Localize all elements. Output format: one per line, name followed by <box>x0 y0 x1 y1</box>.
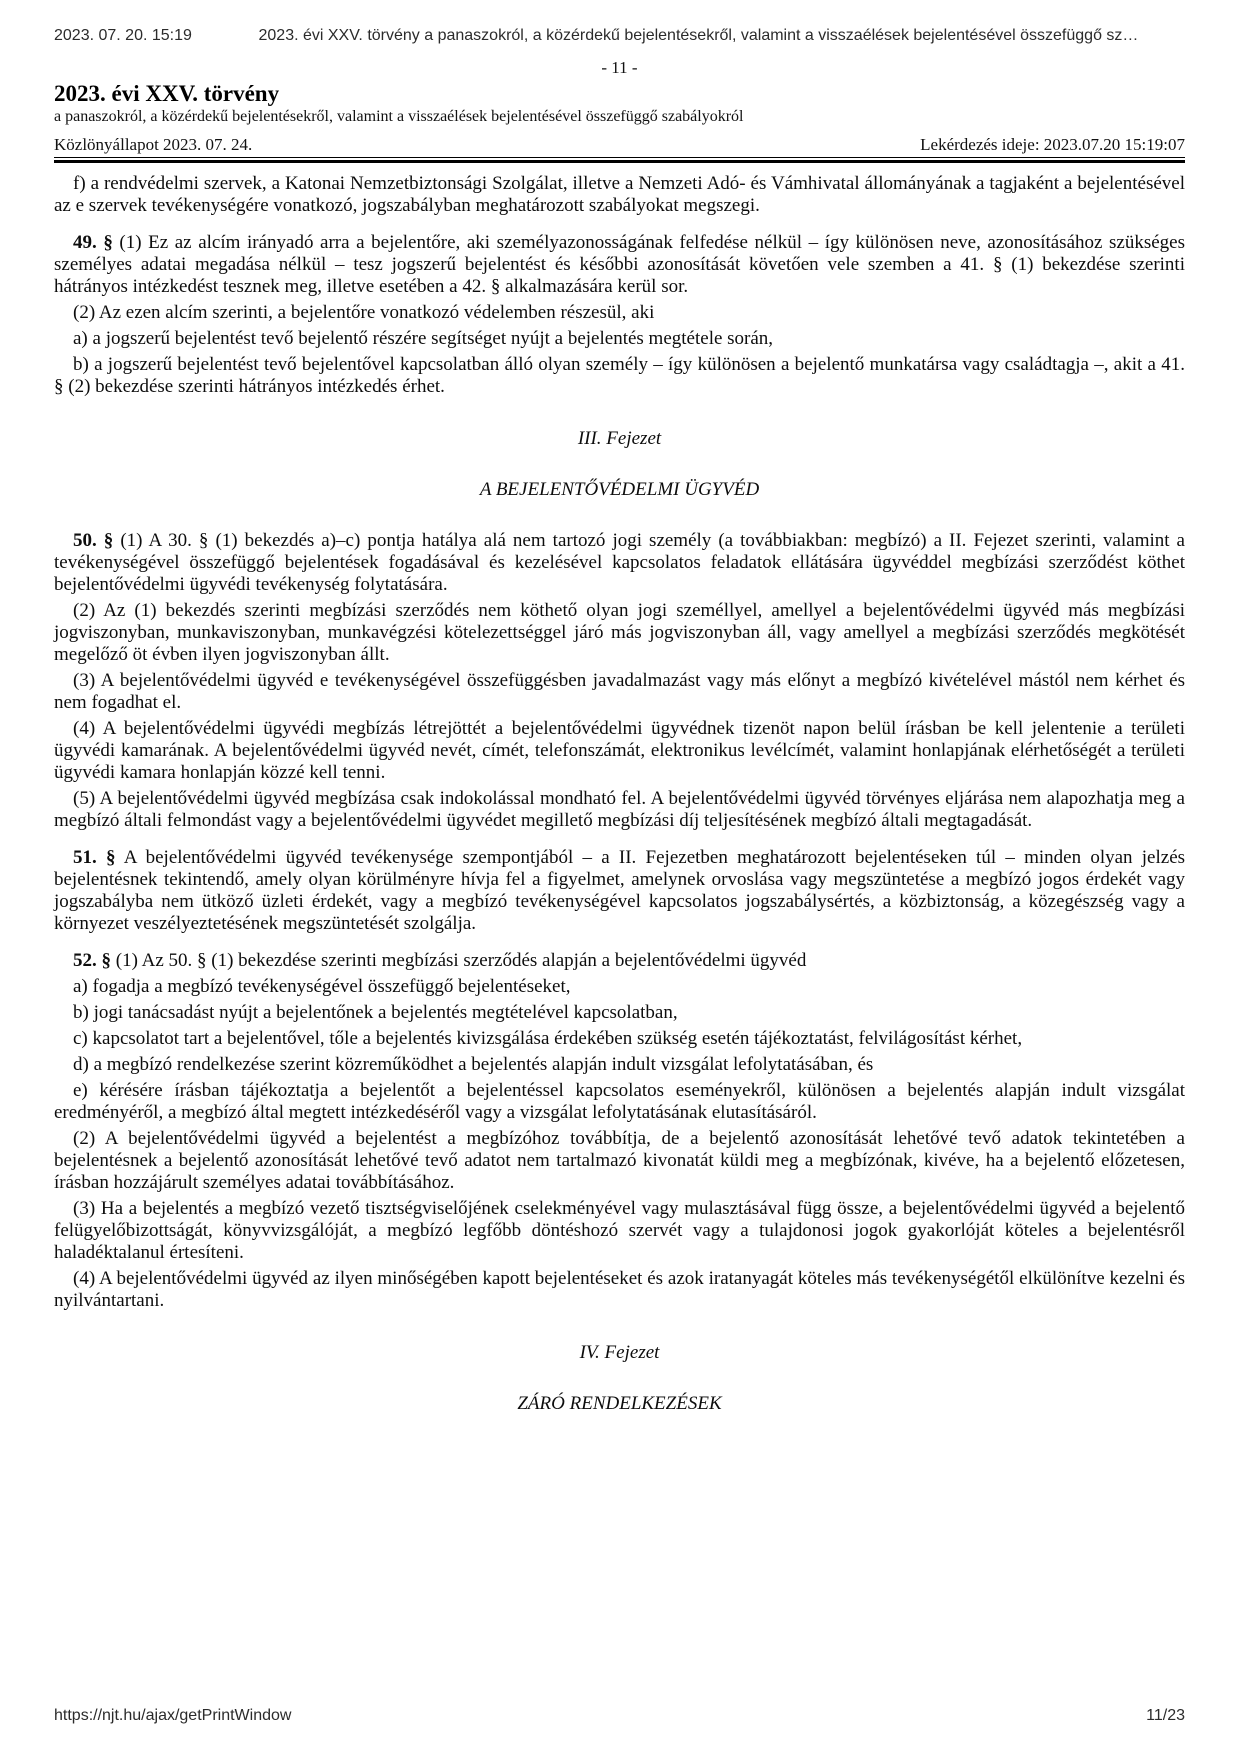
paragraph-text: (3) Ha a bejelentés a megbízó vezető tis… <box>54 1198 1185 1263</box>
chapter-heading: III. Fejezet <box>54 429 1185 449</box>
paragraph-text: d) a megbízó rendelkezése szerint közrem… <box>73 1054 873 1075</box>
chapter-heading: A BEJELENTŐVÉDELMI ÜGYVÉD <box>54 480 1185 500</box>
law-paragraph: e) kérésére írásban tájékoztatja a bejel… <box>54 1080 1185 1124</box>
chapter-heading: ZÁRÓ RENDELKEZÉSEK <box>54 1394 1185 1414</box>
law-paragraph: b) jogi tanácsadást nyújt a bejelentőnek… <box>54 1002 1185 1024</box>
paragraph-text: (3) A bejelentővédelmi ügyvéd e tevékeny… <box>54 670 1185 713</box>
paragraph-text: (1) Az 50. § (1) bekezdése szerinti megb… <box>116 950 807 971</box>
paragraph-text: e) kérésére írásban tájékoztatja a bejel… <box>54 1080 1185 1123</box>
paragraph-text: (2) Az (1) bekezdés szerinti megbízási s… <box>54 600 1185 665</box>
header-rule <box>54 160 1185 163</box>
paragraph-text: b) a jogszerű bejelentést tevő bejelentő… <box>54 354 1185 397</box>
paragraph-text: a) fogadja a megbízó tevékenységével öss… <box>73 976 570 997</box>
paragraph-text: (1) Ez az alcím irányadó arra a bejelent… <box>54 232 1185 297</box>
law-paragraph: b) a jogszerű bejelentést tevő bejelentő… <box>54 354 1185 398</box>
law-paragraph: (4) A bejelentővédelmi ügyvédi megbízás … <box>54 718 1185 784</box>
meta-row: Közlönyállapot 2023. 07. 24. Lekérdezés … <box>54 135 1185 158</box>
paragraph-text: (4) A bejelentővédelmi ügyvéd az ilyen m… <box>54 1268 1185 1311</box>
page-number: - 11 - <box>54 59 1185 76</box>
law-paragraph: (2) A bejelentővédelmi ügyvéd a bejelent… <box>54 1128 1185 1194</box>
law-paragraph: (3) A bejelentővédelmi ügyvéd e tevékeny… <box>54 670 1185 714</box>
law-paragraph: (5) A bejelentővédelmi ügyvéd megbízása … <box>54 788 1185 832</box>
paragraph-text: (1) A 30. § (1) bekezdés a)–c) pontja ha… <box>54 530 1185 595</box>
chapter-heading: IV. Fejezet <box>54 1343 1185 1363</box>
law-paragraph: f) a rendvédelmi szervek, a Katonai Nemz… <box>54 173 1185 217</box>
paragraph-text: f) a rendvédelmi szervek, a Katonai Nemz… <box>54 173 1185 216</box>
paragraph-text: (4) A bejelentővédelmi ügyvédi megbízás … <box>54 718 1185 783</box>
section-number: 51. § <box>73 847 116 868</box>
print-page: 2023. 07. 20. 15:19 2023. évi XXV. törvé… <box>0 0 1239 1414</box>
paragraph-text: (2) Az ezen alcím szerinti, a bejelentőr… <box>73 302 654 323</box>
query-time-label: Lekérdezés ideje: 2023.07.20 15:19:07 <box>920 135 1185 154</box>
law-paragraph: d) a megbízó rendelkezése szerint közrem… <box>54 1054 1185 1076</box>
print-footer: https://njt.hu/ajax/getPrintWindow 11/23 <box>54 1707 1185 1724</box>
paragraph-text: a) a jogszerű bejelentést tevő bejelentő… <box>73 328 773 349</box>
paragraph-text: (2) A bejelentővédelmi ügyvéd a bejelent… <box>54 1128 1185 1193</box>
law-paragraph: (2) Az (1) bekezdés szerinti megbízási s… <box>54 600 1185 666</box>
law-paragraph: a) a jogszerű bejelentést tevő bejelentő… <box>54 328 1185 350</box>
paragraph-text: A bejelentővédelmi ügyvéd tevékenysége s… <box>54 847 1185 934</box>
paragraph-text: b) jogi tanácsadást nyújt a bejelentőnek… <box>73 1002 678 1023</box>
footer-page-indicator: 11/23 <box>1146 1707 1185 1724</box>
print-header-datetime: 2023. 07. 20. 15:19 <box>54 27 192 44</box>
chapter-heading-text: A BEJELENTŐVÉDELMI ÜGYVÉD <box>480 479 759 500</box>
gazette-state-label: Közlönyállapot 2023. 07. 24. <box>54 135 252 154</box>
law-paragraph: (3) Ha a bejelentés a megbízó vezető tis… <box>54 1198 1185 1264</box>
law-paragraph: (4) A bejelentővédelmi ügyvéd az ilyen m… <box>54 1268 1185 1312</box>
law-subtitle: a panaszokról, a közérdekű bejelentésekr… <box>54 108 1185 126</box>
law-paragraph: a) fogadja a megbízó tevékenységével öss… <box>54 976 1185 998</box>
print-header: 2023. 07. 20. 15:19 2023. évi XXV. törvé… <box>54 27 1185 44</box>
law-paragraph: (2) Az ezen alcím szerinti, a bejelentőr… <box>54 302 1185 324</box>
paragraph-text: c) kapcsolatot tart a bejelentővel, tőle… <box>73 1028 1022 1049</box>
section-number: 52. § <box>73 950 111 971</box>
print-header-document-title: 2023. évi XXV. törvény a panaszokról, a … <box>192 27 1185 44</box>
law-title: 2023. évi XXV. törvény <box>54 81 1185 106</box>
law-paragraph: 51. § A bejelentővédelmi ügyvéd tevékeny… <box>54 847 1185 935</box>
chapter-heading-text: III. Fejezet <box>578 428 661 449</box>
law-paragraph: c) kapcsolatot tart a bejelentővel, tőle… <box>54 1028 1185 1050</box>
section-number: 50. § <box>73 530 113 551</box>
paragraph-text: (5) A bejelentővédelmi ügyvéd megbízása … <box>54 788 1185 831</box>
law-paragraph: 50. § (1) A 30. § (1) bekezdés a)–c) pon… <box>54 530 1185 596</box>
law-paragraph: 49. § (1) Ez az alcím irányadó arra a be… <box>54 232 1185 298</box>
footer-url: https://njt.hu/ajax/getPrintWindow <box>54 1707 291 1724</box>
section-number: 49. § <box>73 232 113 253</box>
chapter-heading-text: IV. Fejezet <box>580 1342 660 1363</box>
law-paragraph: 52. § (1) Az 50. § (1) bekezdése szerint… <box>54 950 1185 972</box>
chapter-heading-text: ZÁRÓ RENDELKEZÉSEK <box>517 1393 721 1414</box>
document-body: f) a rendvédelmi szervek, a Katonai Nemz… <box>54 173 1185 1414</box>
